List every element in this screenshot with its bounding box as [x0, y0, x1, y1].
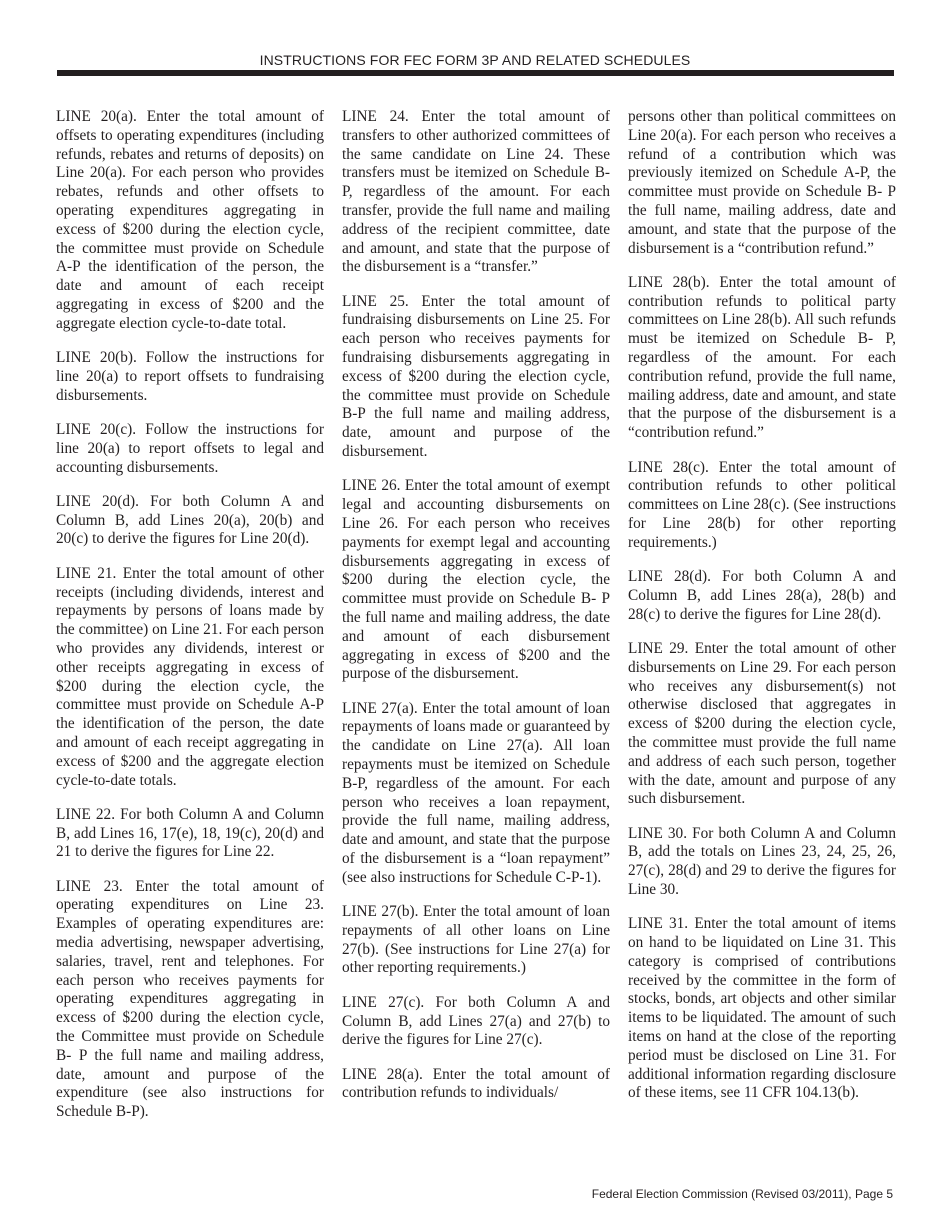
line-31-paragraph: LINE 31. Enter the total amount of items…: [628, 915, 896, 1103]
line-28c-paragraph: LINE 28(c). Enter the total amount of co…: [628, 459, 896, 553]
column-middle: LINE 24. Enter the total amount of trans…: [342, 108, 610, 1122]
line-20a-paragraph: LINE 20(a). Enter the total amount of of…: [56, 108, 324, 334]
line-27b-paragraph: LINE 27(b). Enter the total amount of lo…: [342, 903, 610, 978]
column-left: LINE 20(a). Enter the total amount of of…: [56, 108, 324, 1122]
header-rule-divider: [57, 70, 894, 76]
line-20b-paragraph: LINE 20(b). Follow the instructions for …: [56, 349, 324, 405]
line-28a-continued-paragraph: persons other than political committees …: [628, 108, 896, 258]
line-23-paragraph: LINE 23. Enter the total amount of opera…: [56, 878, 324, 1122]
line-29-paragraph: LINE 29. Enter the total amount of other…: [628, 640, 896, 809]
line-28a-paragraph: LINE 28(a). Enter the total amount of co…: [342, 1066, 610, 1104]
line-28d-paragraph: LINE 28(d). For both Column A and Column…: [628, 568, 896, 624]
body-columns: LINE 20(a). Enter the total amount of of…: [56, 108, 896, 1122]
line-20d-paragraph: LINE 20(d). For both Column A and Column…: [56, 493, 324, 549]
line-30-paragraph: LINE 30. For both Column A and Column B,…: [628, 825, 896, 900]
column-right: persons other than political committees …: [628, 108, 896, 1122]
line-22-paragraph: LINE 22. For both Column A and Column B,…: [56, 806, 324, 862]
line-25-paragraph: LINE 25. Enter the total amount of fundr…: [342, 293, 610, 462]
line-21-paragraph: LINE 21. Enter the total amount of other…: [56, 565, 324, 791]
line-24-paragraph: LINE 24. Enter the total amount of trans…: [342, 108, 610, 277]
line-26-paragraph: LINE 26. Enter the total amount of exemp…: [342, 477, 610, 684]
line-27a-paragraph: LINE 27(a). Enter the total amount of lo…: [342, 700, 610, 888]
line-20c-paragraph: LINE 20(c). Follow the instructions for …: [56, 421, 324, 477]
line-28b-paragraph: LINE 28(b). Enter the total amount of co…: [628, 274, 896, 443]
page-header-title: INSTRUCTIONS FOR FEC FORM 3P AND RELATED…: [57, 52, 893, 69]
line-27c-paragraph: LINE 27(c). For both Column A and Column…: [342, 994, 610, 1050]
page-footer: Federal Election Commission (Revised 03/…: [592, 1187, 893, 1201]
